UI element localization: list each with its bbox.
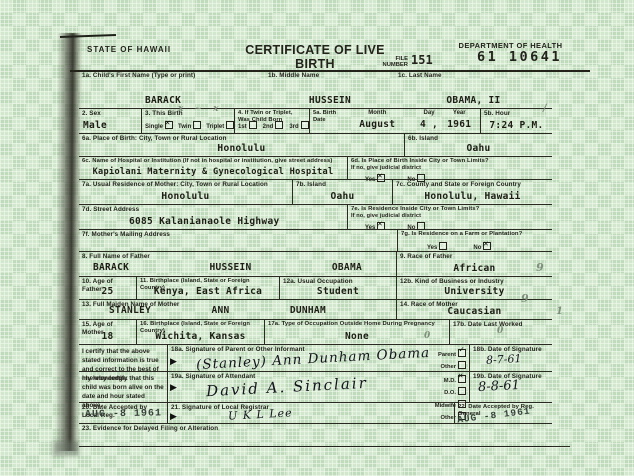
state-label: STATE OF HAWAII [87, 45, 171, 54]
form-body: 1a. Child's First Name (Type or print) B… [79, 71, 552, 447]
field-7a-residence: 7a. Usual Residence of Mother: City, Tow… [79, 180, 292, 204]
field-1c-last-name: 1c. Last Name OBAMA, II [395, 71, 552, 108]
field-7b-value: Oahu [293, 191, 392, 202]
do-option-label: D.O. [444, 390, 456, 396]
row-child-name: 1a. Child's First Name (Type or print) B… [79, 71, 552, 109]
field-7a-value: Honolulu [79, 191, 292, 202]
father-last: OBAMA [332, 262, 362, 273]
field-6c-hospital: 6c. Name of Hospital or Institution (If … [79, 157, 347, 179]
parent-option-label: Parent [438, 352, 456, 358]
yes-label: Yes [427, 245, 437, 251]
month-value: August [338, 119, 417, 130]
field-14-value: Caucasian [397, 306, 552, 317]
mother-first: STANLEY [109, 305, 151, 316]
field-20-date-local-reg: 20. Date Accepted by Local Reg. AUG -8 1… [79, 403, 167, 423]
registrar-signature: U K L Lee [228, 406, 293, 422]
single-option-label: Single [145, 124, 163, 130]
parent-checkbox [458, 349, 466, 357]
second-option-label: 2nd [263, 124, 274, 130]
certification-informant: I certify that the above stated informat… [79, 345, 167, 371]
field-18b-date-of-signature: 18b. Date of Signature 8-7-61 [469, 345, 552, 371]
field-6b-value: Oahu [405, 143, 552, 154]
edge-smudge [53, 441, 79, 456]
row-place-of-birth: 6a. Place of Birth: City, Town or Rural … [79, 134, 552, 157]
field-19b-value: 8-8-61 [478, 378, 521, 395]
field-18b-value: 8-7-61 [486, 352, 522, 367]
row-mother-details: 15. Age of Mother 18 16. Birthplace (Isl… [79, 320, 552, 345]
field-7d-label: 7d. Street Address [82, 206, 344, 214]
row-registrar: 20. Date Accepted by Local Reg. AUG -8 1… [79, 403, 552, 424]
first-option-label: 1st [238, 124, 247, 130]
field-7e-residence-limits: 7e. Is Residence Inside City or Town Lim… [347, 205, 552, 229]
field-19b-date-of-signature: 19b. Date of Signature 8-8-61 [469, 372, 552, 402]
field-7c-value: Honolulu, Hawaii [393, 191, 552, 202]
mother-last: DUNHAM [290, 305, 326, 316]
field-6a-value: Honolulu [79, 143, 404, 154]
field-10-value: 25 [79, 286, 136, 297]
field-1b-label: 1b. Middle Name [268, 72, 392, 80]
field-1a-value: BARACK [79, 95, 265, 106]
father-first: BARACK [93, 262, 129, 273]
field-12a-occupation: 12a. Usual Occupation Student [279, 277, 396, 299]
pencil-mark: 9 [536, 261, 544, 274]
field-16-birthplace-mother: 16. Birthplace (Island, State or Foreign… [136, 320, 264, 344]
father-middle: HUSSEIN [209, 262, 251, 273]
field-23-label: 23. Evidence for Delayed Filing or Alter… [82, 425, 549, 433]
field-23-delayed-filing: 23. Evidence for Delayed Filing or Alter… [79, 424, 552, 446]
row-father-name: 8. Full Name of Father BARACK HUSSEIN OB… [79, 252, 552, 277]
field-19a-signature-attendant: 19a. Signature of Attendant ▶ David A. S… [167, 372, 469, 402]
field-5a-birth-date: 5a. Birth Date Month August Day 4 , Year… [309, 109, 480, 133]
field-13-mother-name: 13. Full Maiden Name of Mother STANLEY A… [79, 300, 396, 319]
field-11-value: Kenya, East Africa [137, 286, 279, 297]
twin-option-label: Twin [178, 124, 191, 130]
field-18a-signature-informant: 18a. Signature of Parent or Other Inform… [167, 345, 469, 371]
field-1b-value: HUSSEIN [265, 95, 395, 106]
field-1c-value: OBAMA, II [395, 95, 552, 106]
field-10-age-father: 10. Age of Father 25 [79, 277, 136, 299]
field-9-label: 9. Race of Father [400, 253, 549, 261]
field-12a-label: 12a. Usual Occupation [283, 278, 393, 286]
row-informant-signature: I certify that the above stated informat… [79, 345, 552, 372]
certification-attendant: I hereby certify that this child was bor… [79, 372, 167, 402]
field-6d-label: 6d. Is Place of Birth Inside City or Tow… [351, 158, 549, 165]
field-7c-label: 7c. County and State or Foreign Country [396, 181, 549, 189]
field-7e-label: 7e. Is Residence Inside City or Town Lim… [351, 206, 549, 213]
field-1a-first-name: 1a. Child's First Name (Type or print) B… [79, 71, 265, 108]
row-father-details: 10. Age of Father 25 11. Birthplace (Isl… [79, 277, 552, 300]
day-header: Day [417, 110, 442, 116]
field-6b-label: 6b. Island [408, 135, 549, 143]
row-street-address: 7d. Street Address 6085 Kalanianaole Hig… [79, 205, 552, 230]
field-7d-value: 6085 Kalanianaole Highway [79, 216, 347, 227]
field-1c-label: 1c. Last Name [398, 72, 549, 80]
field-17a-occupation-pregnancy: 17a. Type of Occupation Outside Home Dur… [264, 320, 449, 344]
field-1b-middle-name: 1b. Middle Name HUSSEIN [265, 71, 395, 108]
bottom-rule-extension [552, 446, 570, 447]
no-checkbox [483, 242, 491, 250]
single-checkbox [165, 121, 173, 129]
field-7b-label: 7b. Island [296, 181, 389, 189]
field-6d-city-limits: 6d. Is Place of Birth Inside City or Tow… [347, 157, 552, 179]
field-9-value: African [397, 263, 552, 274]
field-17a-value: None [265, 331, 449, 342]
row-attendant-signature: I hereby certify that this child was bor… [79, 372, 552, 403]
field-21-signature-local-registrar: 21. Signature of Local Registrar ▶ U K L… [167, 403, 454, 423]
field-7g-farm: 7g. Is Residence on a Farm or Plantation… [397, 230, 552, 251]
first-checkbox [249, 121, 257, 129]
field-11-birthplace-father: 11. Birthplace (Island, State or Foreign… [136, 277, 279, 299]
triplet-option-label: Triplet [206, 124, 224, 130]
field-5b-hour: 5b. Hour 7:24 P.M. [480, 109, 552, 133]
field-7f-mailing: 7f. Mother's Mailing Address [79, 230, 397, 251]
field-2-sex: 2. Sex Male [79, 109, 141, 133]
third-option-label: 3rd [289, 124, 298, 130]
yes-checkbox [439, 242, 447, 250]
certificate-number: 61 10641 [477, 49, 562, 65]
field-8-father-name: 8. Full Name of Father BARACK HUSSEIN OB… [79, 252, 396, 276]
field-7c-county: 7c. County and State or Foreign Country … [392, 180, 552, 204]
file-number-value: 151 [411, 53, 433, 67]
row-hospital: 6c. Name of Hospital or Institution (If … [79, 157, 552, 180]
field-7d-street: 7d. Street Address 6085 Kalanianaole Hig… [79, 205, 347, 229]
field-17a-label: 17a. Type of Occupation Outside Home Dur… [268, 321, 446, 328]
do-checkbox [458, 387, 466, 395]
field-7f-label: 7f. Mother's Mailing Address [82, 231, 394, 239]
field-4-twin-order: 4. If Twin or Triplet, Was Child Born 1s… [234, 109, 309, 133]
third-checkbox [301, 121, 309, 129]
field-5b-label: 5b. Hour [484, 110, 549, 118]
second-checkbox [275, 121, 283, 129]
month-header: Month [338, 110, 417, 116]
field-12a-value: Student [280, 286, 396, 297]
other-option-label: Other [441, 364, 456, 370]
local-registrar-date-stamp: AUG -8 1961 [85, 408, 162, 420]
pencil-mark: / [543, 103, 547, 114]
no-label: No [473, 245, 481, 251]
field-12b-label: 12b. Kind of Business or Industry [400, 278, 549, 286]
row-delayed-filing: 23. Evidence for Delayed Filing or Alter… [79, 424, 552, 447]
field-5a-label: 5a. Birth Date [313, 110, 338, 132]
field-22-date-reg-general: 22. Date Accepted by Reg. General AUG -8… [454, 403, 552, 423]
field-6a-label: 6a. Place of Birth: City, Town or Rural … [82, 135, 401, 143]
year-header: Year [442, 110, 477, 116]
signature-arrow-icon: ▶ [170, 357, 177, 366]
field-7b-island: 7b. Island Oahu [292, 180, 392, 204]
day-value: 4 , [417, 119, 442, 130]
field-1a-label: 1a. Child's First Name (Type or print) [82, 72, 262, 80]
field-16-value: Wichita, Kansas [137, 331, 264, 342]
field-8-label: 8. Full Name of Father [82, 253, 393, 261]
field-7g-label: 7g. Is Residence on a Farm or Plantation… [401, 231, 549, 238]
pencil-mark: 0 [424, 331, 430, 341]
md-option-label: M.D. [444, 378, 456, 384]
pencil-mark: 0 [497, 326, 503, 336]
certificate-of-live-birth-document: STATE OF HAWAII CERTIFICATE OF LIVE BIRT… [0, 0, 634, 476]
signature-arrow-icon: ▶ [170, 383, 177, 392]
year-value: 1961 [442, 119, 477, 130]
twin-checkbox [193, 121, 201, 129]
field-9-race-father: 9. Race of Father African [396, 252, 552, 276]
pencil-mark: 1 [556, 306, 563, 317]
form-header: STATE OF HAWAII CERTIFICATE OF LIVE BIRT… [0, 0, 634, 71]
pencil-mark: 9 [521, 292, 529, 305]
row-mother-residence: 7a. Usual Residence of Mother: City, Tow… [79, 180, 552, 205]
signature-arrow-icon: ▶ [170, 412, 177, 421]
row-sex-birthdate: 2. Sex Male 3. This Birth Single Twin Tr… [79, 109, 552, 134]
field-2-label: 2. Sex [82, 110, 138, 118]
field-3-options: Single Twin Triplet [145, 121, 234, 130]
field-15-value: 18 [79, 331, 136, 342]
field-7a-label: 7a. Usual Residence of Mother: City, Tow… [82, 181, 289, 189]
other-checkbox [458, 361, 466, 369]
field-2-value: Male [79, 120, 141, 131]
md-checkbox [458, 375, 466, 383]
row-mother-name: 13. Full Maiden Name of Mother STANLEY A… [79, 300, 552, 320]
field-6c-label: 6c. Name of Hospital or Institution (If … [82, 158, 344, 165]
mother-middle: ANN [211, 305, 229, 316]
field-4-options: 1st 2nd 3rd [238, 121, 309, 130]
field-5b-value: 7:24 P.M. [481, 120, 552, 131]
field-6b-island: 6b. Island Oahu [404, 134, 552, 156]
field-6a-place: 6a. Place of Birth: City, Town or Rural … [79, 134, 404, 156]
row-mailing-address: 7f. Mother's Mailing Address 7g. Is Resi… [79, 230, 552, 252]
field-21-label: 21. Signature of Local Registrar [171, 404, 451, 412]
pencil-mark: x ~ x [178, 104, 223, 114]
informant-type-options: Parent Other [438, 349, 466, 371]
field-15-age-mother: 15. Age of Mother 18 [79, 320, 136, 344]
field-6c-value: Kapiolani Maternity & Gynecological Hosp… [79, 167, 347, 177]
file-number-label: FILE NUMBER [372, 56, 408, 69]
